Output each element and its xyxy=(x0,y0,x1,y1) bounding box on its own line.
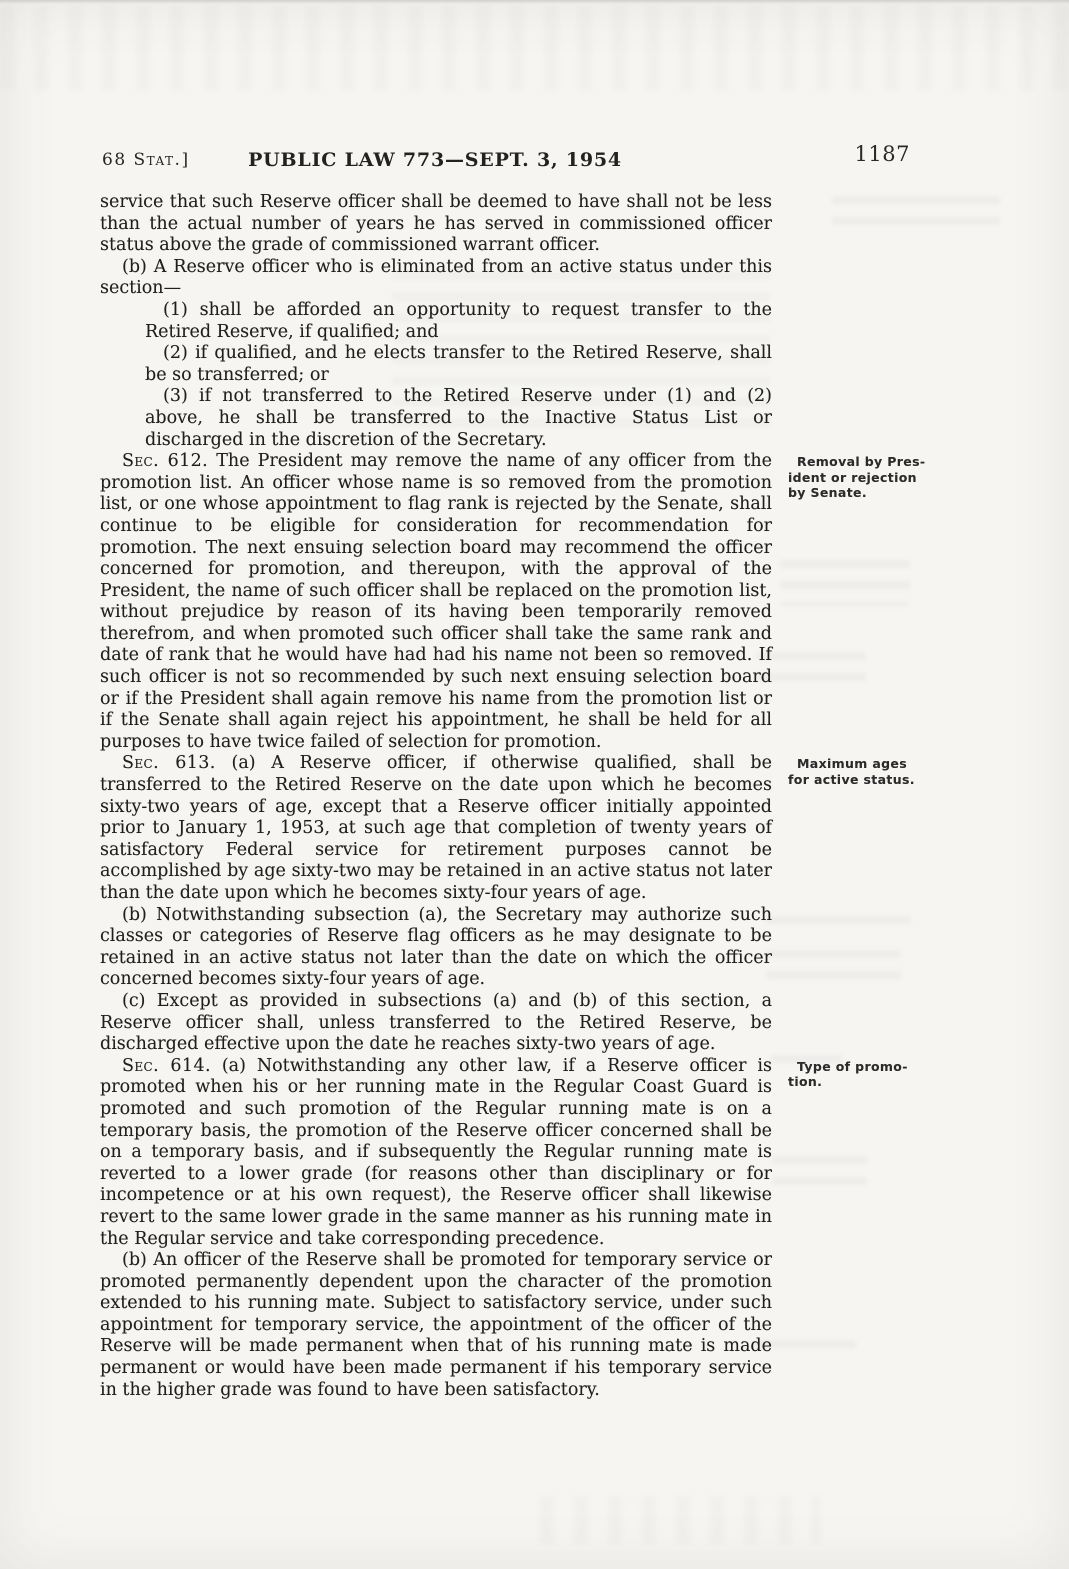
paragraph-row: (2) if qualified, and he elects transfer… xyxy=(100,343,772,386)
paragraph-row: Sec. 614. (a) Notwithstanding any other … xyxy=(100,1056,772,1250)
paragraph-row: service that such Reserve officer shall … xyxy=(100,192,772,257)
paragraph: (b) A Reserve officer who is eliminated … xyxy=(100,257,772,300)
paragraph: (b) An officer of the Reserve shall be p… xyxy=(100,1250,772,1401)
paragraph-row: Sec. 613. (a) A Reserve officer, if othe… xyxy=(100,753,772,904)
margin-note-line: by Senate. xyxy=(788,485,930,501)
sub-item: (2) if qualified, and he elects transfer… xyxy=(100,343,772,386)
paragraph-row: (1) shall be afforded an opportunity to … xyxy=(100,300,772,343)
margin-note: Maximum ages for active status. xyxy=(788,756,930,787)
paragraph-text: (a) Notwithstanding any other law, if a … xyxy=(100,1056,772,1249)
section-label: Sec. 613. xyxy=(122,753,216,773)
paragraph-row: (c) Except as provided in subsections (a… xyxy=(100,991,772,1056)
bleed-through-artifact xyxy=(780,560,910,606)
margin-note-line: Removal by Pres- xyxy=(788,454,930,470)
section-label: Sec. 614. xyxy=(122,1056,211,1076)
paragraph: service that such Reserve officer shall … xyxy=(100,192,772,257)
paragraph: Sec. 614. (a) Notwithstanding any other … xyxy=(100,1056,772,1250)
bleed-through-artifact xyxy=(756,652,866,682)
paragraph: Sec. 612. The President may remove the n… xyxy=(100,451,772,753)
margin-note-line: Type of promo- xyxy=(788,1059,930,1075)
paragraph-row: (3) if not transferred to the Retired Re… xyxy=(100,386,772,451)
bleed-through-artifact xyxy=(0,6,1069,90)
margin-note-line: ident or rejection xyxy=(788,470,930,486)
paragraph-row: (b) Notwithstanding subsection (a), the … xyxy=(100,905,772,991)
sub-item: (3) if not transferred to the Retired Re… xyxy=(100,386,772,451)
public-law-title: PUBLIC LAW 773—SEPT. 3, 1954 xyxy=(185,149,685,171)
page-number: 1187 xyxy=(855,142,910,166)
statutes-volume-label: 68 Stat.] xyxy=(102,150,190,170)
statute-body: service that such Reserve officer shall … xyxy=(100,192,772,1401)
bleed-through-artifact xyxy=(766,916,911,936)
paragraph-text: The President may remove the name of any… xyxy=(100,451,772,752)
paragraph-row: Sec. 612. The President may remove the n… xyxy=(100,451,772,753)
paragraph-text: (a) A Reserve officer, if otherwise qual… xyxy=(100,753,772,903)
margin-note-line: tion. xyxy=(788,1074,930,1090)
page-header: 68 Stat.] PUBLIC LAW 773—SEPT. 3, 1954 1… xyxy=(100,146,910,174)
bleed-through-artifact xyxy=(540,1496,820,1544)
margin-note-line: for active status. xyxy=(788,772,930,788)
margin-note: Removal by Pres- ident or rejection by S… xyxy=(788,454,930,501)
bleed-through-artifact xyxy=(772,1156,867,1196)
paragraph-row: (b) A Reserve officer who is eliminated … xyxy=(100,257,772,300)
paragraph: (b) Notwithstanding subsection (a), the … xyxy=(100,905,772,991)
bleed-through-artifact xyxy=(832,196,1000,230)
bleed-through-artifact xyxy=(766,950,901,990)
paragraph: (c) Except as provided in subsections (a… xyxy=(100,991,772,1056)
paragraph-row: (b) An officer of the Reserve shall be p… xyxy=(100,1250,772,1401)
section-label: Sec. 612. xyxy=(122,451,208,471)
paragraph: Sec. 613. (a) A Reserve officer, if othe… xyxy=(100,753,772,904)
margin-note-line: Maximum ages xyxy=(788,756,930,772)
margin-note: Type of promo- tion. xyxy=(788,1059,930,1090)
sub-item: (1) shall be afforded an opportunity to … xyxy=(100,300,772,343)
scanned-statute-page: 68 Stat.] PUBLIC LAW 773—SEPT. 3, 1954 1… xyxy=(0,0,1069,1569)
